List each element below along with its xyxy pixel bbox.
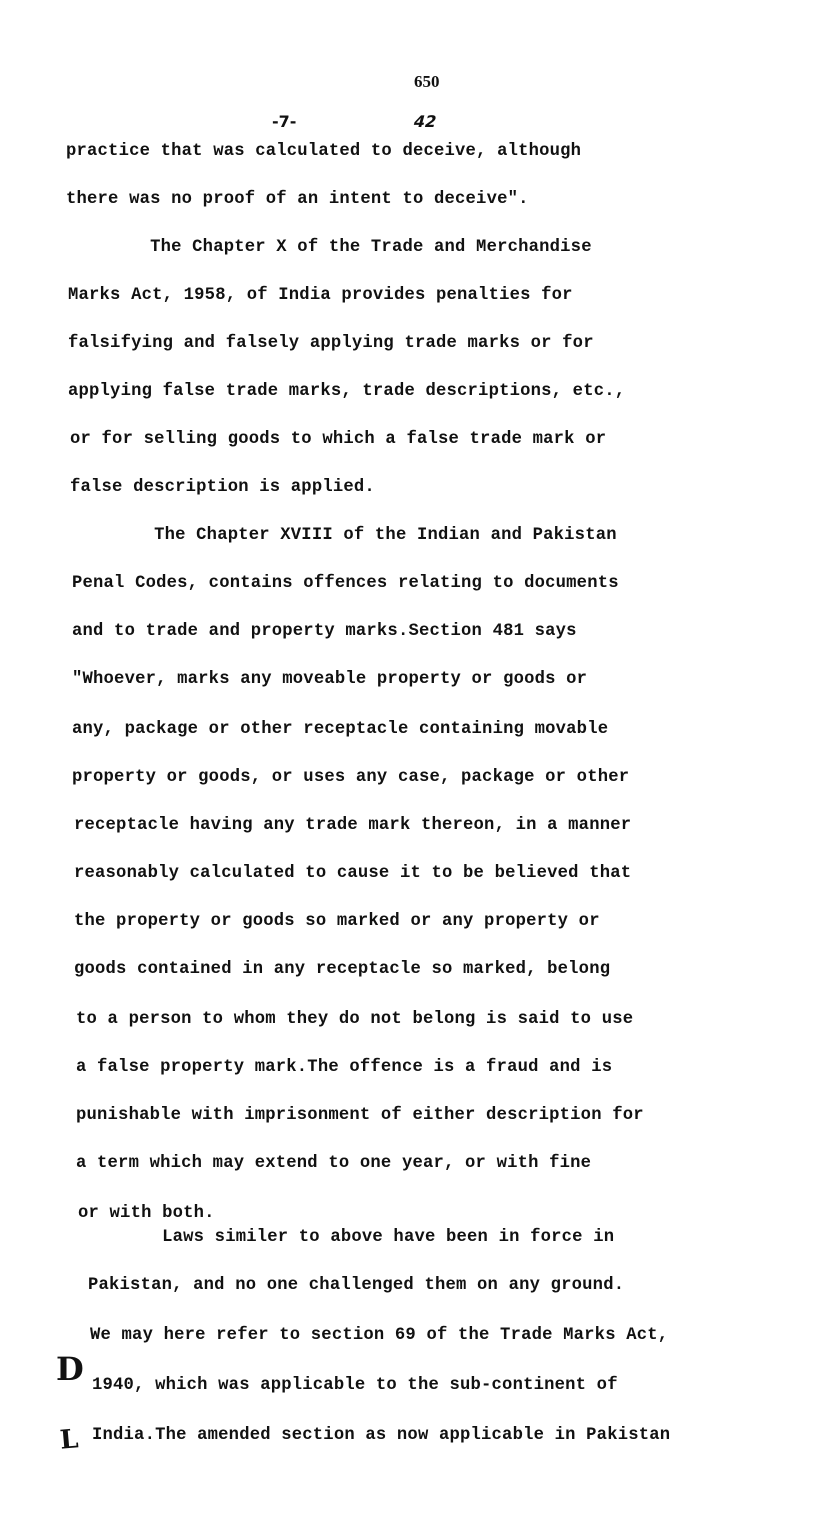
text-line: or for selling goods to which a false tr…: [70, 430, 606, 449]
text-line: any, package or other receptacle contain…: [72, 720, 608, 739]
text-line: We may here refer to section 69 of the T…: [90, 1326, 668, 1345]
text-line: a term which may extend to one year, or …: [76, 1154, 591, 1173]
text-line: applying false trade marks, trade descri…: [68, 382, 625, 401]
text-line: reasonably calculated to cause it to be …: [74, 864, 631, 883]
text-line: India.The amended section as now applica…: [92, 1426, 670, 1445]
text-line: the property or goods so marked or any p…: [74, 912, 600, 931]
text-line: and to trade and property marks.Section …: [72, 622, 577, 641]
header-mark-left: -7-: [272, 112, 296, 131]
text-line: 1940, which was applicable to the sub-co…: [92, 1376, 618, 1395]
margin-scribble-mark: L: [59, 1424, 80, 1455]
text-line: Laws similer to above have been in force…: [78, 1228, 614, 1247]
text-line: falsifying and falsely applying trade ma…: [68, 334, 594, 353]
text-line: "Whoever, marks any moveable property or…: [72, 670, 587, 689]
text-line: there was no proof of an intent to decei…: [66, 190, 529, 209]
text-line: The Chapter XVIII of the Indian and Paki…: [70, 526, 617, 545]
text-line: false description is applied.: [70, 478, 375, 497]
text-line: Pakistan, and no one challenged them on …: [88, 1276, 624, 1295]
text-line: receptacle having any trade mark thereon…: [74, 816, 631, 835]
text-line: a false property mark.The offence is a f…: [76, 1058, 612, 1077]
text-line: goods contained in any receptacle so mar…: [74, 960, 610, 979]
text-line: practice that was calculated to deceive,…: [66, 142, 581, 161]
text-line: punishable with imprisonment of either d…: [76, 1106, 644, 1125]
text-line: Marks Act, 1958, of India provides penal…: [68, 286, 573, 305]
margin-letter-mark: D: [56, 1350, 84, 1388]
text-line: property or goods, or uses any case, pac…: [72, 768, 629, 787]
text-line: to a person to whom they do not belong i…: [76, 1010, 633, 1029]
text-line: Penal Codes, contains offences relating …: [72, 574, 619, 593]
page-number: 650: [414, 72, 440, 92]
text-line: or with both.: [78, 1204, 215, 1223]
text-line: The Chapter X of the Trade and Merchandi…: [66, 238, 592, 257]
header-mark-right: 42: [411, 112, 438, 131]
